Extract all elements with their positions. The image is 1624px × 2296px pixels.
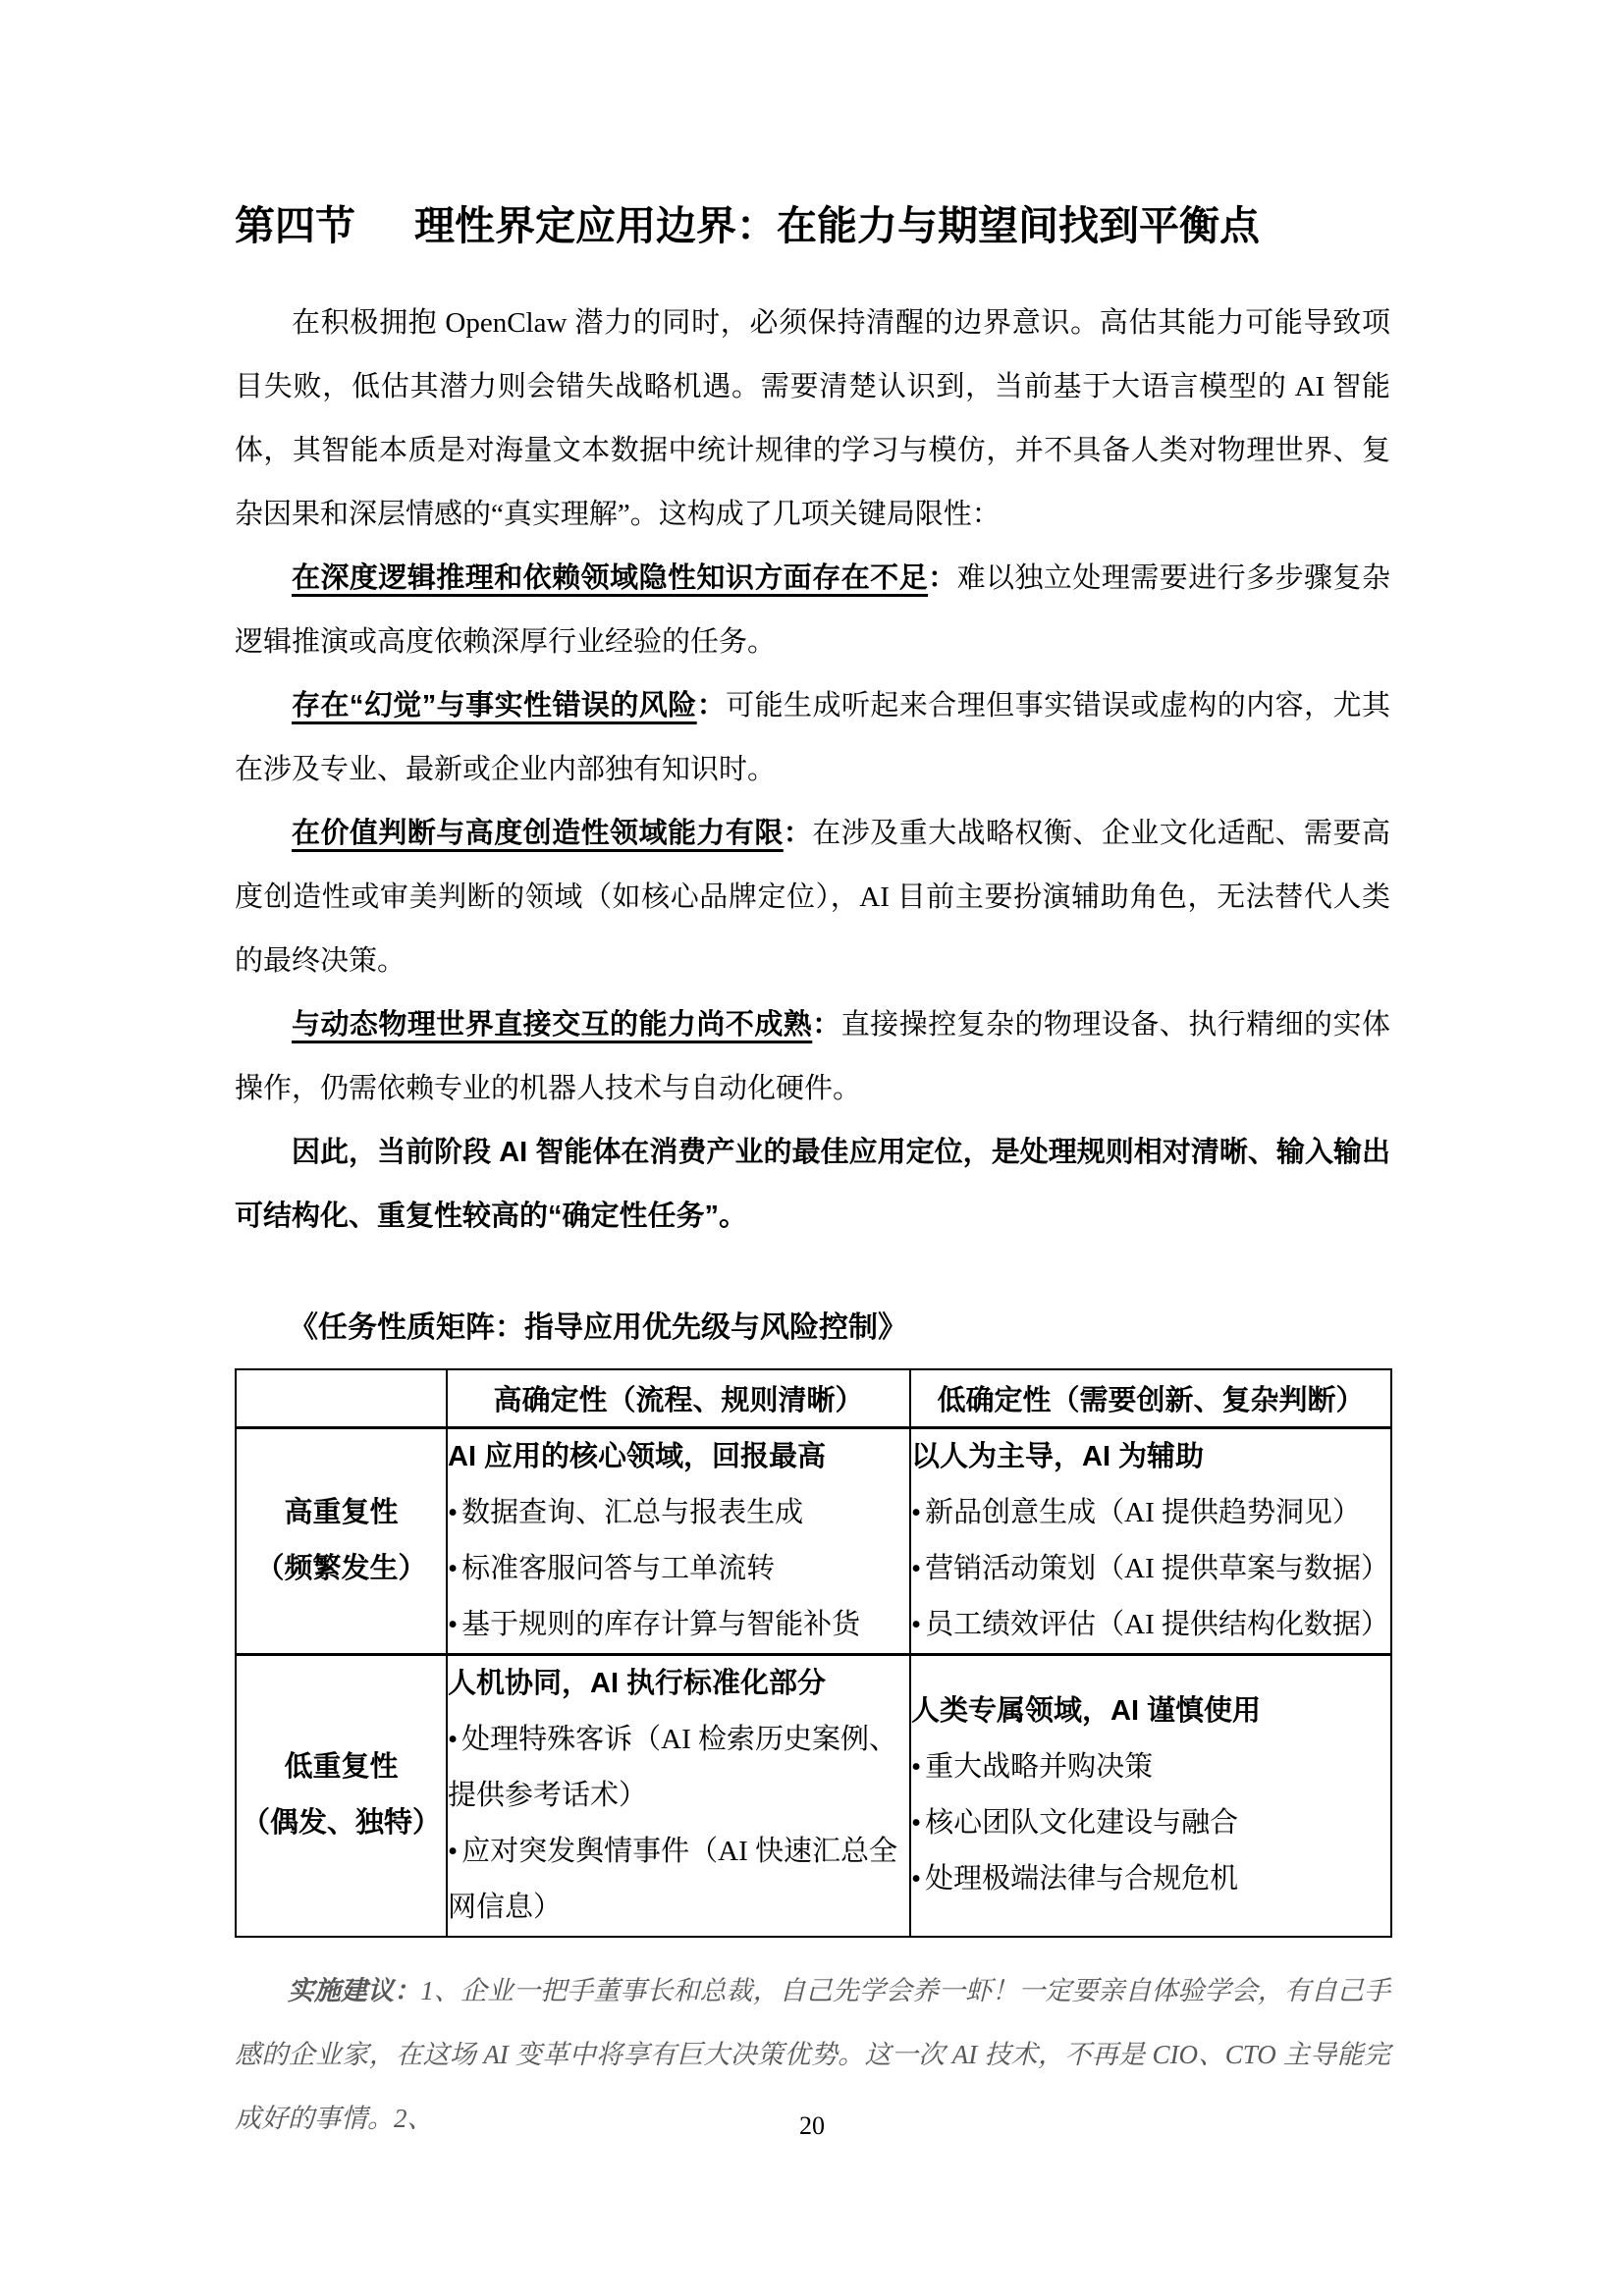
bullet-text: 基于规则的库存计算与智能补货: [461, 1609, 860, 1640]
bullet-text: 处理特殊客诉（AI 检索历史案例、提供参考话术）: [448, 1724, 897, 1811]
limitation-lead: 与动态物理世界直接交互的能力尚不成熟: [292, 1009, 812, 1041]
bullet-icon: •: [911, 1807, 921, 1839]
bullet-text: 新品创意生成（AI 提供趋势洞见）: [925, 1497, 1361, 1528]
bullet-item: •新品创意生成（AI 提供趋势洞见）: [911, 1485, 1390, 1541]
cell-title: 人类专属领域，AI 谨慎使用: [911, 1683, 1390, 1739]
document-page: 第四节理性界定应用边界：在能力与期望间找到平衡点 在积极拥抱 OpenClaw …: [0, 0, 1624, 2296]
bullet-item: •处理极端法律与合规危机: [911, 1851, 1390, 1907]
bullet-icon: •: [911, 1553, 921, 1584]
bullet-text: 核心团队文化建设与融合: [925, 1807, 1238, 1839]
limitation-lead: 在深度逻辑推理和依赖领域隐性知识方面存在不足: [292, 562, 928, 594]
matrix-col-header-low-certainty: 低确定性（需要创新、复杂判断）: [910, 1369, 1391, 1427]
bullet-text: 员工绩效评估（AI 提供结构化数据）: [925, 1609, 1389, 1640]
limitation-colon: ：: [697, 690, 726, 721]
table-caption: 《任务性质矩阵：指导应用优先级与风险控制》: [289, 1308, 1390, 1349]
limitation-colon: ：: [784, 818, 812, 849]
limitation-colon: ：: [928, 562, 956, 594]
bullet-item: •数据查询、汇总与报表生成: [448, 1485, 909, 1541]
row-label-line1: 低重复性: [237, 1739, 446, 1795]
row-label-line2: （频繁发生）: [237, 1541, 446, 1597]
limitation-paragraph-2: 存在“幻觉”与事实性错误的风险：可能生成听起来合理但事实错误或虚构的内容，尤其在…: [235, 674, 1390, 802]
limitation-paragraph-4: 与动态物理世界直接交互的能力尚不成熟：直接操控复杂的物理设备、执行精细的实体操作…: [235, 993, 1390, 1121]
matrix-cell: 以人为主导，AI 为辅助 •新品创意生成（AI 提供趋势洞见） •营销活动策划（…: [910, 1427, 1391, 1654]
matrix-row-label: 高重复性 （频繁发生）: [236, 1427, 447, 1654]
section-heading: 第四节理性界定应用边界：在能力与期望间找到平衡点: [235, 201, 1390, 250]
matrix-cell: 人类专属领域，AI 谨慎使用 •重大战略并购决策 •核心团队文化建设与融合 •处…: [910, 1654, 1391, 1937]
bullet-item: •标准客服问答与工单流转: [448, 1541, 909, 1597]
bullet-item: •处理特殊客诉（AI 检索历史案例、提供参考话术）: [448, 1712, 909, 1824]
matrix-cell: AI 应用的核心领域，回报最高 •数据查询、汇总与报表生成 •标准客服问答与工单…: [447, 1427, 910, 1654]
page-number: 20: [0, 2111, 1624, 2141]
bullet-item: •核心团队文化建设与融合: [911, 1795, 1390, 1851]
bullet-icon: •: [448, 1497, 458, 1528]
bullet-text: 应对突发舆情事件（AI 快速汇总全网信息）: [448, 1836, 897, 1923]
bullet-text: 营销活动策划（AI 提供草案与数据）: [925, 1553, 1389, 1584]
matrix-row-label: 低重复性 （偶发、独特）: [236, 1654, 447, 1937]
limitation-colon: ：: [812, 1009, 840, 1041]
bullet-text: 处理极端法律与合规危机: [925, 1863, 1238, 1895]
bullet-text: 数据查询、汇总与报表生成: [461, 1497, 803, 1528]
bullet-icon: •: [911, 1497, 921, 1528]
bullet-icon: •: [911, 1863, 921, 1895]
limitation-lead: 存在“幻觉”与事实性错误的风险: [292, 690, 697, 721]
cell-title: 人机协同，AI 执行标准化部分: [448, 1656, 909, 1712]
advice-lead: 实施建议：: [288, 1976, 420, 2005]
bullet-text: 标准客服问答与工单流转: [461, 1553, 775, 1584]
conclusion-paragraph: 因此，当前阶段 AI 智能体在消费产业的最佳应用定位，是处理规则相对清晰、输入输…: [235, 1121, 1390, 1249]
limitation-paragraph-3: 在价值判断与高度创造性领域能力有限：在涉及重大战略权衡、企业文化适配、需要高度创…: [235, 802, 1390, 993]
matrix-row-high-repetition: 高重复性 （频繁发生） AI 应用的核心领域，回报最高 •数据查询、汇总与报表生…: [236, 1427, 1391, 1654]
bullet-icon: •: [911, 1751, 921, 1783]
section-number: 第四节: [235, 203, 355, 248]
bullet-icon: •: [448, 1553, 458, 1584]
bullet-icon: •: [448, 1724, 458, 1755]
bullet-item: •员工绩效评估（AI 提供结构化数据）: [911, 1597, 1390, 1653]
bullet-icon: •: [448, 1836, 458, 1867]
cell-title: AI 应用的核心领域，回报最高: [448, 1429, 909, 1485]
task-matrix-table: 高确定性（流程、规则清晰） 低确定性（需要创新、复杂判断） 高重复性 （频繁发生…: [235, 1368, 1392, 1938]
limitation-paragraph-1: 在深度逻辑推理和依赖领域隐性知识方面存在不足：难以独立处理需要进行多步骤复杂逻辑…: [235, 547, 1390, 674]
matrix-corner-cell: [236, 1369, 447, 1427]
section-title: 理性界定应用边界：在能力与期望间找到平衡点: [414, 203, 1260, 248]
row-label-line1: 高重复性: [237, 1485, 446, 1541]
bullet-text: 重大战略并购决策: [925, 1751, 1153, 1783]
bullet-icon: •: [448, 1609, 458, 1640]
row-label-line2: （偶发、独特）: [237, 1795, 446, 1851]
matrix-row-low-repetition: 低重复性 （偶发、独特） 人机协同，AI 执行标准化部分 •处理特殊客诉（AI …: [236, 1654, 1391, 1937]
matrix-cell: 人机协同，AI 执行标准化部分 •处理特殊客诉（AI 检索历史案例、提供参考话术…: [447, 1654, 910, 1937]
intro-paragraph: 在积极拥抱 OpenClaw 潜力的同时，必须保持清醒的边界意识。高估其能力可能…: [235, 292, 1390, 547]
limitation-lead: 在价值判断与高度创造性领域能力有限: [292, 818, 784, 849]
bullet-icon: •: [911, 1609, 921, 1640]
bullet-item: •重大战略并购决策: [911, 1739, 1390, 1795]
matrix-header-row: 高确定性（流程、规则清晰） 低确定性（需要创新、复杂判断）: [236, 1369, 1391, 1427]
matrix-col-header-high-certainty: 高确定性（流程、规则清晰）: [447, 1369, 910, 1427]
bullet-item: •营销活动策划（AI 提供草案与数据）: [911, 1541, 1390, 1597]
bullet-item: •基于规则的库存计算与智能补货: [448, 1597, 909, 1653]
bullet-item: •应对突发舆情事件（AI 快速汇总全网信息）: [448, 1824, 909, 1936]
cell-title: 以人为主导，AI 为辅助: [911, 1429, 1390, 1485]
